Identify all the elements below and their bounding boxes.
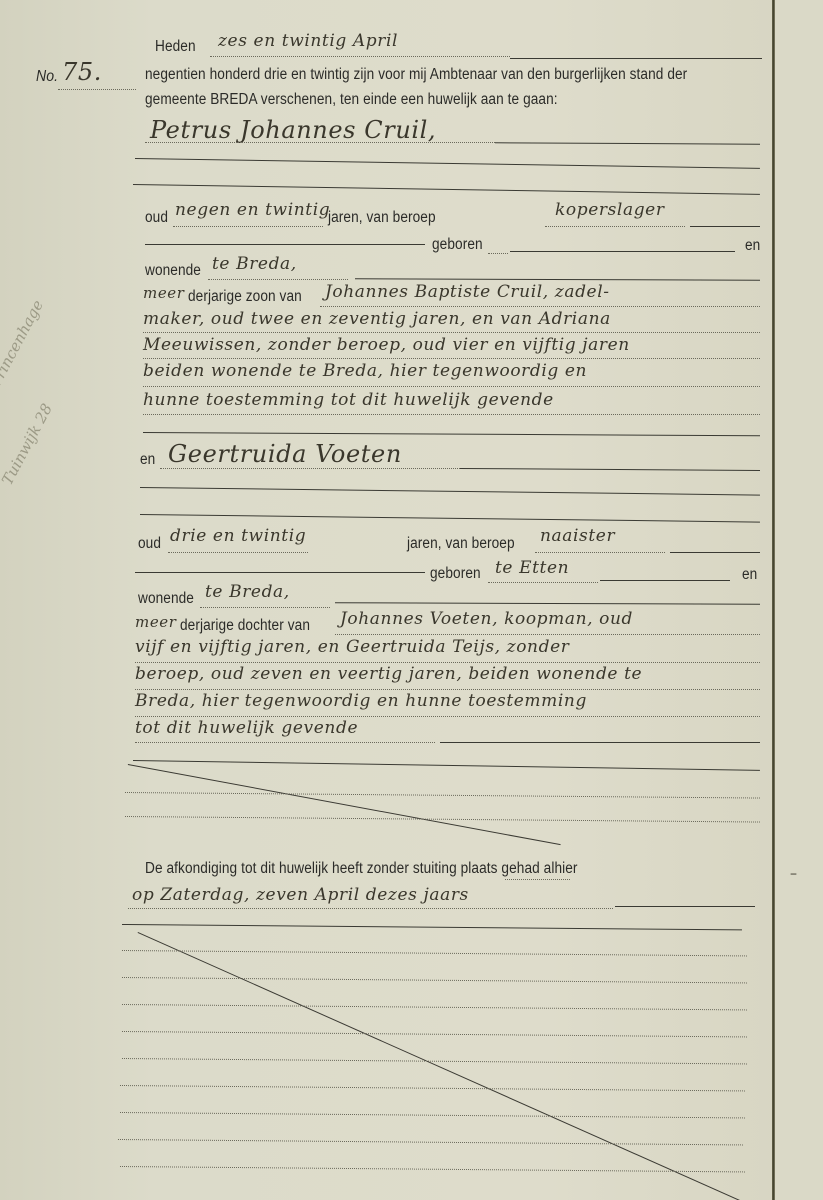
groom-parents-line-4: beiden wonende te Breda, hier tegenwoord… — [143, 361, 587, 381]
dotted-line — [200, 607, 330, 608]
fill-line — [670, 552, 760, 553]
record-number: 75. — [62, 58, 102, 86]
bride-occupation: naaister — [540, 526, 615, 546]
register-page — [0, 0, 780, 1200]
bride-oud-label: oud — [138, 535, 161, 553]
dotted-line — [335, 634, 760, 635]
dotted-line — [208, 279, 348, 280]
check-mark: – — [790, 866, 797, 882]
fill-line — [510, 251, 735, 252]
dotted-line — [128, 908, 613, 909]
bride-parents-line-1: Johannes Voeten, koopman, oud — [340, 609, 633, 629]
record-number-label: No. — [36, 68, 58, 86]
dotted-line — [488, 582, 598, 583]
groom-en-label: en — [745, 237, 760, 255]
groom-jaren-label: jaren, van beroep — [328, 209, 436, 227]
proclamation-date: op Zaterdag, zeven April dezes jaars — [132, 885, 469, 905]
heden-label: Heden — [155, 38, 196, 56]
groom-parents-line-3: Meeuwissen, zonder beroep, oud vier en v… — [143, 335, 630, 355]
dotted-line — [545, 226, 685, 227]
dotted-line — [505, 879, 570, 880]
groom-age: negen en twintig — [175, 200, 330, 220]
fill-line — [615, 906, 755, 907]
fill-line — [510, 58, 762, 59]
bride-geboren-label: geboren — [430, 565, 481, 583]
dotted-line — [135, 716, 760, 717]
groom-parents-line-1: Johannes Baptiste Cruil, zadel- — [325, 282, 610, 302]
dotted-line — [135, 662, 760, 663]
dotted-line — [535, 552, 665, 553]
groom-occupation: koperslager — [555, 200, 665, 220]
groom-residence: te Breda, — [212, 254, 297, 274]
dotted-line — [143, 386, 760, 387]
groom-majority-handwritten: meer — [143, 284, 185, 302]
bride-birthplace: te Etten — [495, 558, 569, 578]
dotted-line — [145, 142, 495, 143]
dotted-line — [143, 414, 760, 415]
facing-page-edge — [775, 0, 823, 1200]
dotted-line — [320, 306, 760, 307]
dotted-line — [143, 332, 760, 333]
bride-en-label-2: en — [742, 566, 757, 584]
fill-line — [135, 572, 425, 573]
groom-oud-label: oud — [145, 209, 168, 227]
bride-majority-handwritten: meer — [135, 613, 177, 631]
groom-name: Petrus Johannes Cruil, — [150, 116, 436, 144]
dotted-line — [58, 89, 136, 90]
dotted-line — [135, 689, 760, 690]
bride-name: Geertruida Voeten — [168, 440, 402, 468]
bride-residence: te Breda, — [205, 582, 290, 602]
groom-relation-label: derjarige zoon van — [188, 288, 302, 306]
fill-line — [145, 244, 425, 245]
bride-parents-line-2: vijf en vijftig jaren, en Geertruida Tei… — [135, 637, 569, 657]
fill-line — [440, 742, 760, 743]
header-line-2: negentien honderd drie en twintig zijn v… — [145, 66, 687, 84]
bride-jaren-label: jaren, van beroep — [407, 535, 515, 553]
dotted-line — [210, 56, 510, 57]
groom-wonende-label: wonende — [145, 262, 201, 280]
groom-geboren-label: geboren — [432, 236, 483, 254]
bride-parents-line-3: beroep, oud zeven en veertig jaren, beid… — [135, 664, 642, 684]
bride-relation-label: derjarige dochter van — [180, 617, 310, 635]
bride-parents-line-5: tot dit huwelijk gevende — [135, 718, 358, 738]
proclamation-text: De afkondiging tot dit huwelijk heeft zo… — [145, 860, 578, 878]
dotted-line — [143, 358, 760, 359]
dotted-line — [488, 253, 508, 254]
bride-wonende-label: wonende — [138, 590, 194, 608]
groom-parents-line-5: hunne toestemming tot dit huwelijk geven… — [143, 390, 554, 410]
dotted-line — [168, 552, 308, 553]
fill-line — [690, 226, 760, 227]
groom-parents-line-2: maker, oud twee en zeventig jaren, en va… — [143, 309, 611, 329]
fill-line — [600, 580, 730, 581]
bride-age: drie en twintig — [170, 526, 306, 546]
marriage-date: zes en twintig April — [218, 31, 398, 51]
dotted-line — [135, 742, 435, 743]
dotted-line — [173, 226, 323, 227]
bride-parents-line-4: Breda, hier tegenwoordig en hunne toeste… — [135, 691, 587, 711]
header-line-3: gemeente BREDA verschenen, ten einde een… — [145, 91, 558, 109]
bride-en-label: en — [140, 451, 155, 469]
dotted-line — [160, 468, 460, 469]
